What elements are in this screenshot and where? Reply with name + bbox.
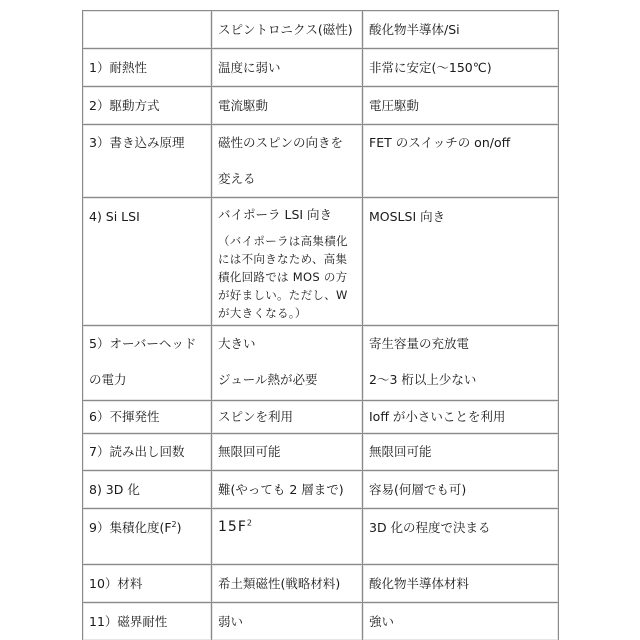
header-cell-oxide-semiconductor: 酸化物半導体/Si (363, 11, 559, 49)
spin-cell: 難(やっても 2 層まで) (212, 471, 363, 509)
row-label: 7）読み出し回数 (83, 434, 212, 471)
oxide-cell: 強い (363, 603, 559, 640)
comparison-table: スピントロニクス(磁性) 酸化物半導体/Si 1）耐熱性 温度に弱い 非常に安定… (82, 10, 559, 640)
row-label: 9）集積化度(F2) (83, 509, 212, 565)
spin-cell: バイポーラ LSI 向き （バイポーラは高集積化には不向きなため、高集積化回路で… (212, 198, 363, 326)
oxide-cell: MOSLSI 向き (363, 198, 559, 326)
spin-cell: スピンを利用 (212, 401, 363, 434)
oxide-cell: 電圧駆動 (363, 87, 559, 125)
header-cell-spintronics: スピントロニクス(磁性) (212, 11, 363, 49)
table-row: 11）磁界耐性 弱い 強い (83, 603, 559, 640)
row-label: 11）磁界耐性 (83, 603, 212, 640)
spin-cell: 無限回可能 (212, 434, 363, 471)
table-row: 9）集積化度(F2) 15F2 3D 化の程度で決まる (83, 509, 559, 565)
row-label: 4) Si LSI (83, 198, 212, 326)
spin-cell: 15F2 (212, 509, 363, 565)
table-row: 1）耐熱性 温度に弱い 非常に安定(～150℃) (83, 49, 559, 87)
spin-cell: 温度に弱い (212, 49, 363, 87)
row-label: 2）駆動方式 (83, 87, 212, 125)
oxide-cell: 酸化物半導体材料 (363, 565, 559, 603)
spin-note: （バイポーラは高集積化には不向きなため、高集積化回路では MOS の方が好ましい… (218, 232, 356, 322)
header-row: スピントロニクス(磁性) 酸化物半導体/Si (83, 11, 559, 49)
table-row: 4) Si LSI バイポーラ LSI 向き （バイポーラは高集積化には不向きな… (83, 198, 559, 326)
row-label: 5）オーバーヘッド の電力 (83, 326, 212, 401)
oxide-cell: 容易(何層でも可) (363, 471, 559, 509)
oxide-cell: 寄生容量の充放電 2～3 桁以上少ない (363, 326, 559, 401)
table-row: 3）書き込み原理 磁性のスピンの向きを 変える FET のスイッチの on/of… (83, 125, 559, 198)
oxide-cell: 3D 化の程度で決まる (363, 509, 559, 565)
spin-cell: 大きい ジュール熱が必要 (212, 326, 363, 401)
row-label: 1）耐熱性 (83, 49, 212, 87)
row-label: 10）材料 (83, 565, 212, 603)
oxide-cell: FET のスイッチの on/off (363, 125, 559, 198)
table-row: 8) 3D 化 難(やっても 2 層まで) 容易(何層でも可) (83, 471, 559, 509)
oxide-cell: Ioff が小さいことを利用 (363, 401, 559, 434)
table-row: 5）オーバーヘッド の電力 大きい ジュール熱が必要 寄生容量の充放電 2～3 … (83, 326, 559, 401)
row-label: 6）不揮発性 (83, 401, 212, 434)
header-cell-empty (83, 11, 212, 49)
table-row: 10）材料 希土類磁性(戦略材料) 酸化物半導体材料 (83, 565, 559, 603)
table-row: 2）駆動方式 電流駆動 電圧駆動 (83, 87, 559, 125)
oxide-cell: 無限回可能 (363, 434, 559, 471)
spin-cell: 希土類磁性(戦略材料) (212, 565, 363, 603)
spin-cell: 電流駆動 (212, 87, 363, 125)
row-label: 8) 3D 化 (83, 471, 212, 509)
table-row: 6）不揮発性 スピンを利用 Ioff が小さいことを利用 (83, 401, 559, 434)
table-row: 7）読み出し回数 無限回可能 無限回可能 (83, 434, 559, 471)
row-label: 3）書き込み原理 (83, 125, 212, 198)
spin-cell: 弱い (212, 603, 363, 640)
spin-cell: 磁性のスピンの向きを 変える (212, 125, 363, 198)
oxide-cell: 非常に安定(～150℃) (363, 49, 559, 87)
